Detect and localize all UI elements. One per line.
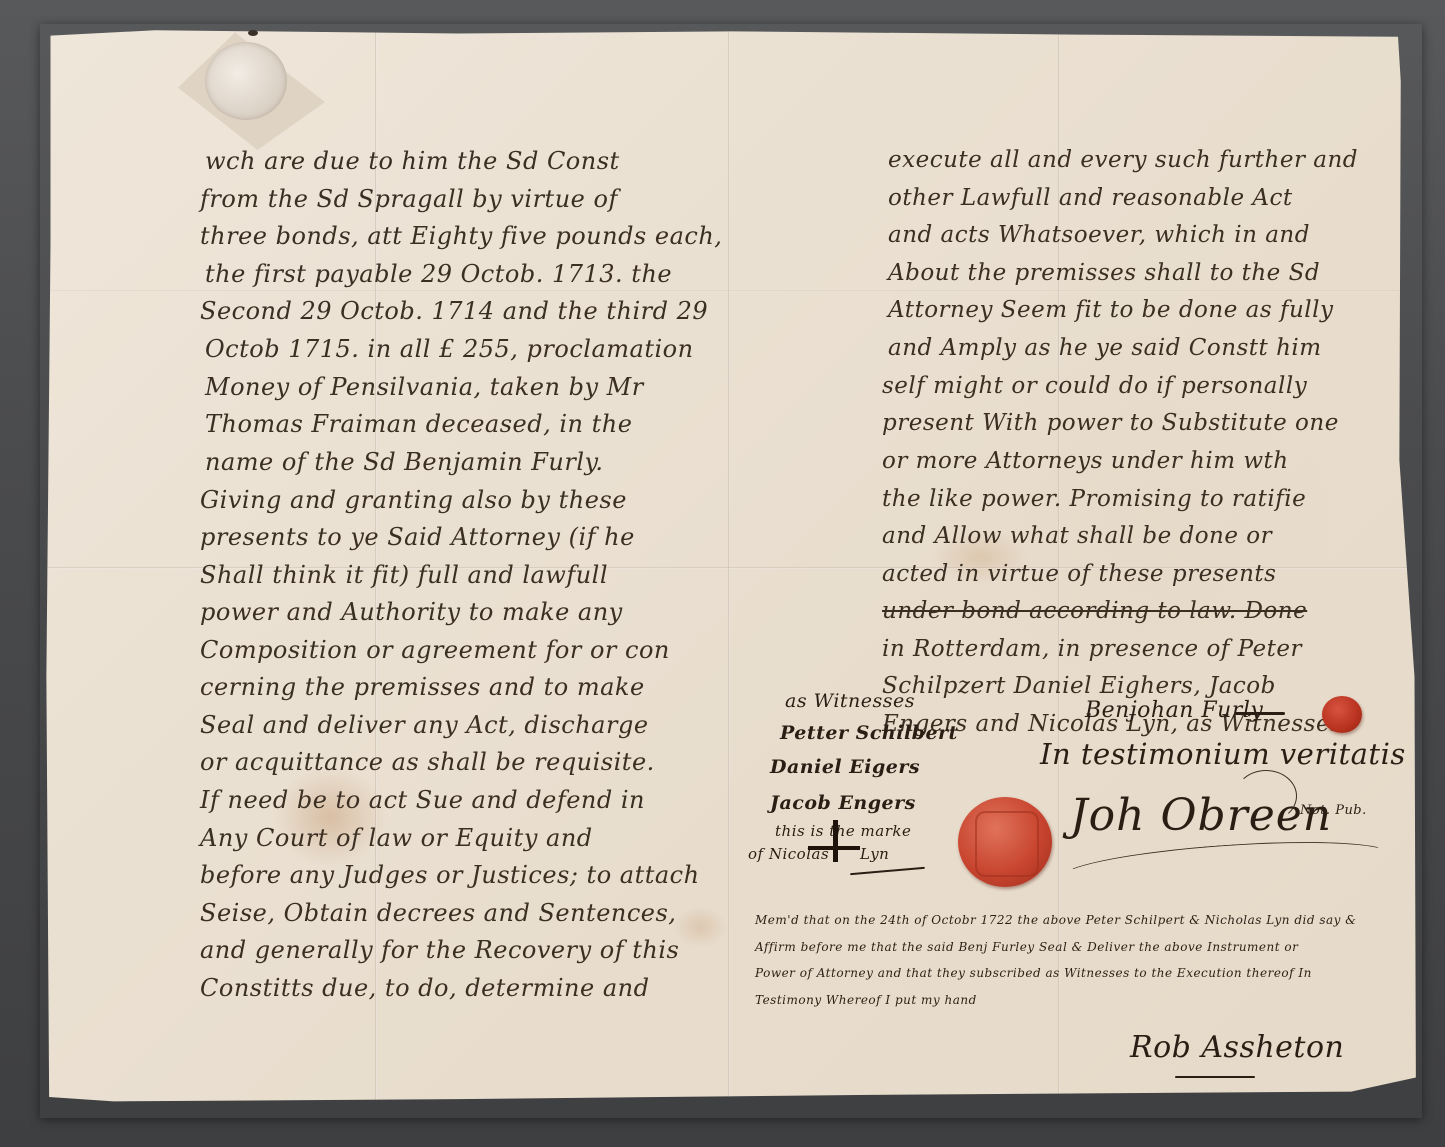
text-line: three bonds, att Eighty five pounds each… [200, 222, 722, 250]
witness-signature: Daniel Eigers [770, 756, 920, 778]
text-line: Thomas Fraiman deceased, in the [205, 410, 632, 438]
memo-signature: Rob Assheton [1130, 1030, 1344, 1065]
text-line: and generally for the Recovery of this [200, 936, 679, 964]
text-line: wch are due to him the Sd Const [205, 147, 620, 175]
text-line: Second 29 Octob. 1714 and the third 29 [200, 297, 708, 325]
witness-signature: Petter Schilbert [780, 722, 958, 744]
mark-caption-name: Lyn [860, 845, 889, 863]
notary-title: Not. Pub. [1300, 803, 1367, 818]
mark-caption: this is the marke [775, 822, 911, 840]
text-line: before any Judges or Justices; to attach [200, 861, 700, 889]
text-line: and Amply as he ye said Constt him [888, 335, 1322, 361]
text-line: Octob 1715. in all £ 255, proclamation [205, 335, 694, 363]
text-line: Any Court of law or Equity and [200, 824, 593, 852]
text-line: Money of Pensilvania, taken by Mr [205, 373, 644, 401]
text-line: cerning the premisses and to make [200, 673, 645, 701]
text-line: the like power. Promising to ratifie [882, 486, 1306, 512]
text-line: Seise, Obtain decrees and Sentences, [200, 899, 676, 927]
fold-line-horizontal [45, 290, 1420, 292]
memo-line: Affirm before me that the said Benj Furl… [755, 940, 1298, 954]
text-line: or more Attorneys under him wth [882, 448, 1289, 474]
ink-blot [248, 30, 258, 36]
seal-crest-icon [975, 811, 1039, 876]
text-line: in Rotterdam, in presence of Peter [882, 636, 1302, 662]
small-wax-seal-icon [1322, 696, 1362, 733]
memo-line: Mem'd that on the 24th of Octobr 1722 th… [755, 913, 1356, 927]
large-wax-seal-icon [958, 797, 1052, 887]
text-line: self might or could do if personally [882, 373, 1307, 399]
text-line: execute all and every such further and [888, 147, 1358, 173]
text-line: Giving and granting also by these [200, 486, 627, 514]
text-line: Schilpzert Daniel Eighers, Jacob [882, 673, 1276, 699]
text-line: name of the Sd Benjamin Furly. [205, 448, 604, 476]
cross-mark-icon [833, 820, 838, 862]
principal-signature: Benjohan Furly [1085, 698, 1263, 723]
text-line-struck: under bond according to law. Done [882, 598, 1307, 624]
text-line: Attorney Seem fit to be done as fully [888, 297, 1334, 323]
text-line: or acquittance as shall be requisite. [200, 748, 655, 776]
memo-line: Testimony Whereof I put my hand [755, 993, 977, 1007]
text-line: and Allow what shall be done or [882, 523, 1272, 549]
text-line: Shall think it fit) full and lawfull [200, 561, 608, 589]
text-line: present With power to Substitute one [882, 410, 1339, 436]
text-line: the first payable 29 Octob. 1713. the [205, 260, 672, 288]
text-line: power and Authority to make any [200, 598, 623, 626]
text-line: About the premisses shall to the Sd [888, 260, 1320, 286]
text-line: and acts Whatsoever, which in and [888, 222, 1310, 248]
signature-stroke [1175, 1076, 1255, 1078]
witness-heading: as Witnesses [785, 690, 915, 712]
embossed-seal-icon [205, 42, 287, 120]
text-line: other Lawfull and reasonable Act [888, 185, 1293, 211]
memo-line: Power of Attorney and that they subscrib… [755, 966, 1312, 980]
text-line: presents to ye Said Attorney (if he [200, 523, 635, 551]
text-line: Composition or agreement for or con [200, 636, 670, 664]
signature-flourish [1235, 770, 1297, 822]
text-line: from the Sd Spragall by virtue of [200, 185, 618, 213]
witness-signature: Jacob Engers [770, 792, 916, 814]
text-line: If need be to act Sue and defend in [200, 786, 645, 814]
text-line: Seal and deliver any Act, discharge [200, 711, 649, 739]
cross-mark-icon [808, 846, 860, 850]
testimonium-text: In testimonium veritatis [1040, 737, 1406, 771]
text-line: acted in virtue of these presents [882, 561, 1276, 587]
signature-stroke [1235, 712, 1285, 715]
text-line: Constitts due, to do, determine and [200, 974, 649, 1002]
